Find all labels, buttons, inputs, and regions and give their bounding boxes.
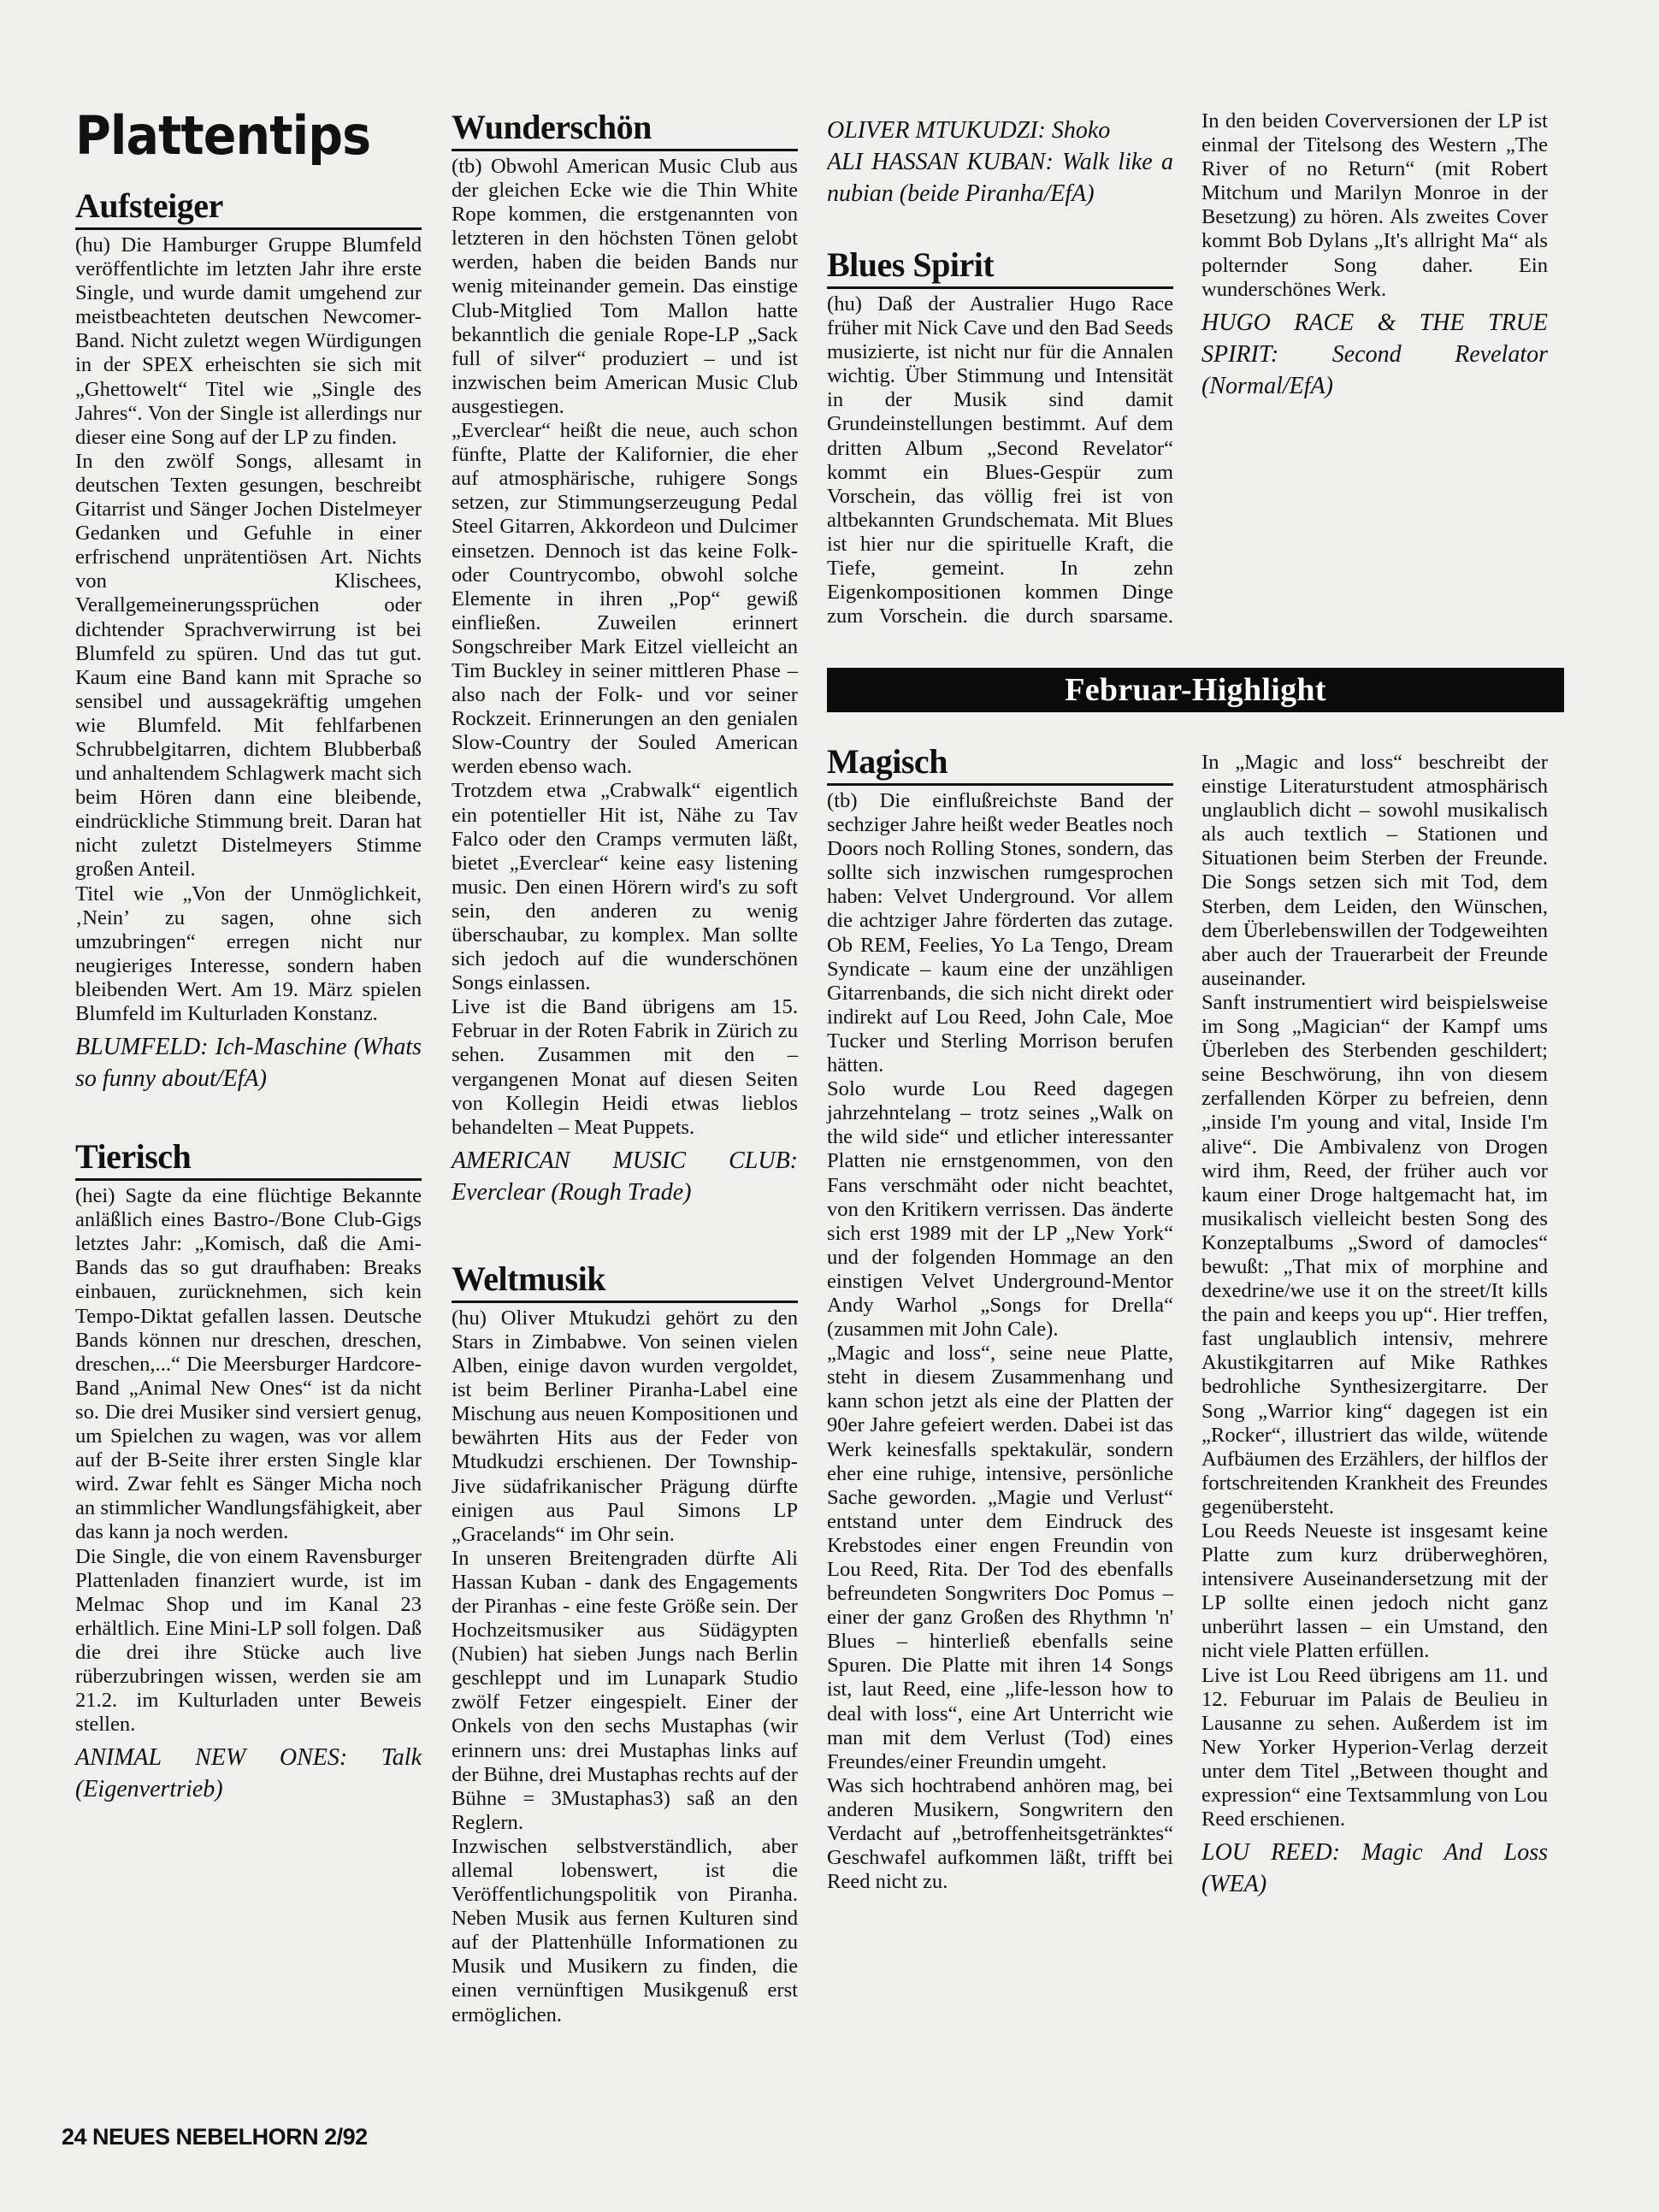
article-paragraph: Inzwischen selbstverständlich, aber alle…: [452, 1835, 798, 2027]
page-footer: 24 NEUES NEBELHORN 2/92: [62, 2124, 368, 2150]
article-paragraph: Live ist Lou Reed übrigens am 11. und 12…: [1201, 1664, 1548, 1832]
article-heading: Magisch: [827, 744, 1173, 786]
article-paragraph: Titel wie „Von der Unmöglichkeit, ‚Nein’…: [75, 882, 422, 1027]
article-paragraph: (hu) Oliver Mtukudzi gehört zu den Stars…: [452, 1307, 798, 1547]
article-paragraph: „Magic and loss“, seine neue Platte, ste…: [827, 1342, 1173, 1774]
article-aufsteiger: Aufsteiger (hu) Die Hamburger Gruppe Blu…: [75, 188, 422, 1094]
record-credit: LOU REED: Magic And Loss (WEA): [1201, 1837, 1548, 1900]
record-credit: OLIVER MTUKUDZI: Shoko: [827, 115, 1173, 146]
column-4-top: In den beiden Coverversionen der LP ist …: [1201, 109, 1548, 402]
article-paragraph: (hu) Die Hamburger Gruppe Blumfeld veröf…: [75, 233, 422, 450]
article-magisch: Magisch (tb) Die einflußreichste Band de…: [827, 744, 1173, 1894]
article-paragraph: In den zwölf Songs, allesamt in deutsche…: [75, 450, 422, 882]
article-blues-spirit: Blues Spirit (hu) Daß der Australier Hug…: [827, 247, 1173, 622]
article-paragraph: Was sich hochtrabend anhören mag, bei an…: [827, 1774, 1173, 1894]
article-paragraph: In den beiden Coverversionen der LP ist …: [1201, 109, 1548, 302]
article-paragraph: Die Single, die von einem Ravensburger P…: [75, 1545, 422, 1737]
article-heading: Wunderschön: [452, 109, 798, 151]
column-4-bottom: In „Magic and loss“ beschreibt der einst…: [1201, 751, 1548, 1900]
record-credit: AMERICAN MUSIC CLUB: Everclear (Rough Tr…: [452, 1145, 798, 1208]
column-2: Wunderschön (tb) Obwohl American Music C…: [452, 109, 798, 2027]
article-weltmusik: Weltmusik (hu) Oliver Mtukudzi gehört zu…: [452, 1261, 798, 2027]
record-credit: ALI HASSAN KUBAN: Walk like a nubian (be…: [827, 146, 1173, 209]
record-credit: ANIMAL NEW ONES: Talk (Eigenvertrieb): [75, 1742, 422, 1805]
article-paragraph: (tb) Die einflußreichste Band der sechzi…: [827, 789, 1173, 1077]
article-heading: Blues Spirit: [827, 247, 1173, 289]
article-tierisch: Tierisch (hei) Sagte da eine flüchtige B…: [75, 1139, 422, 1805]
article-paragraph: „Everclear“ heißt die neue, auch schon f…: [452, 419, 798, 779]
article-paragraph: Trotzdem etwa „Crabwalk“ eigentlich ein …: [452, 779, 798, 995]
column-3-bottom: Magisch (tb) Die einflußreichste Band de…: [827, 744, 1173, 1894]
article-paragraph: In „Magic and loss“ beschreibt der einst…: [1201, 751, 1548, 991]
article-paragraph: Live ist die Band übrigens am 15. Februa…: [452, 995, 798, 1140]
article-paragraph: (hei) Sagte da eine flüchtige Bekannte a…: [75, 1184, 422, 1544]
article-paragraph: (tb) Obwohl American Music Club aus der …: [452, 155, 798, 419]
article-wunderschoen: Wunderschön (tb) Obwohl American Music C…: [452, 109, 798, 1208]
record-credit: BLUMFELD: Ich-Maschine (Whats so funny a…: [75, 1031, 422, 1094]
article-heading: Weltmusik: [452, 1261, 798, 1303]
article-paragraph: Solo wurde Lou Reed dagegen jahrzehntela…: [827, 1077, 1173, 1342]
article-paragraph: In unseren Breitengraden dürfte Ali Hass…: [452, 1547, 798, 1835]
february-highlight-banner: Februar-Highlight: [827, 668, 1564, 712]
article-paragraph: (hu) Daß der Australier Hugo Race früher…: [827, 292, 1173, 622]
column-3-top: OLIVER MTUKUDZI: Shoko ALI HASSAN KUBAN:…: [827, 109, 1173, 622]
record-credit: HUGO RACE & THE TRUE SPIRIT: Second Reve…: [1201, 307, 1548, 402]
article-paragraph: Sanft instrumentiert wird beispielsweise…: [1201, 991, 1548, 1519]
article-heading: Aufsteiger: [75, 188, 422, 230]
article-heading: Tierisch: [75, 1139, 422, 1181]
article-paragraph: Lou Reeds Neueste ist insgesamt keine Pl…: [1201, 1519, 1548, 1664]
page-masthead-column: Plattentips Aufsteiger (hu) Die Hamburge…: [75, 86, 422, 1805]
masthead-title: Plattentips: [75, 109, 394, 162]
